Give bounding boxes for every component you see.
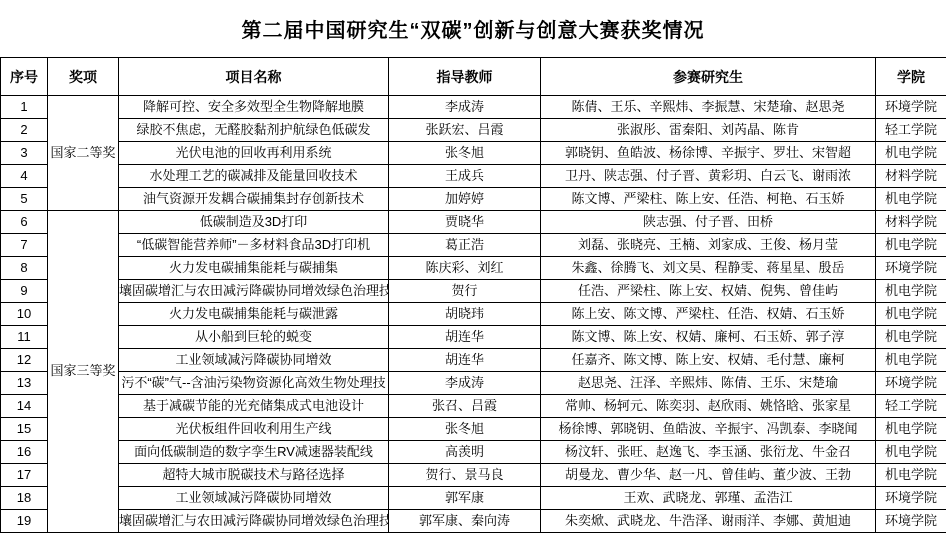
- project-cell: 污不“碳”气--含油污染物资源化高效生物处理技: [119, 372, 389, 395]
- column-header-num: 序号: [1, 58, 48, 96]
- college-cell: 机电学院: [876, 303, 946, 326]
- project-cell: 壤固碳增汇与农田减污降碳协同增效绿色治理技: [119, 510, 389, 533]
- table-row: 11从小船到巨轮的蜕变胡连华陈文博、陈上安、权婧、廉柯、石玉娇、郭子淳机电学院: [1, 326, 946, 349]
- teacher-cell: 陈庆彩、刘红: [389, 257, 541, 280]
- college-cell: 机电学院: [876, 234, 946, 257]
- college-cell: 环境学院: [876, 510, 946, 533]
- awards-table: 序号 奖项 项目名称 指导教师 参赛研究生 学院 1国家二等奖降解可控、安全多效…: [0, 57, 946, 533]
- teacher-cell: 高羡明: [389, 441, 541, 464]
- project-cell: 光伏电池的回收再利用系统: [119, 142, 389, 165]
- college-cell: 机电学院: [876, 349, 946, 372]
- table-row: 13污不“碳”气--含油污染物资源化高效生物处理技李成涛赵思尧、汪泽、辛熙炜、陈…: [1, 372, 946, 395]
- table-row: 16面向低碳制造的数字孪生RV减速器装配线高羡明杨汶轩、张旺、赵逸飞、李玉涵、张…: [1, 441, 946, 464]
- table-row: 9壤固碳增汇与农田减污降碳协同增效绿色治理技贺行任浩、严梁柱、陈上安、权婧、倪隽…: [1, 280, 946, 303]
- serial-cell: 8: [1, 257, 48, 280]
- teacher-cell: 葛正浩: [389, 234, 541, 257]
- table-row: 18工业领域减污降碳协同增效郭军康王欢、武晓龙、郭瑾、孟浩江环境学院: [1, 487, 946, 510]
- teacher-cell: 张召、吕霞: [389, 395, 541, 418]
- students-cell: 杨汶轩、张旺、赵逸飞、李玉涵、张衍龙、牛金召: [541, 441, 876, 464]
- college-cell: 材料学院: [876, 211, 946, 234]
- project-cell: 工业领域减污降碳协同增效: [119, 349, 389, 372]
- serial-cell: 4: [1, 165, 48, 188]
- teacher-cell: 加婷婷: [389, 188, 541, 211]
- students-cell: 任嘉齐、陈文博、陈上安、权婧、毛付慧、廉柯: [541, 349, 876, 372]
- project-cell: 火力发电碳捕集能耗与碳泄露: [119, 303, 389, 326]
- college-cell: 机电学院: [876, 280, 946, 303]
- column-header-college: 学院: [876, 58, 946, 96]
- serial-cell: 3: [1, 142, 48, 165]
- students-cell: 刘磊、张晓亮、王楠、刘家成、王俊、杨月莹: [541, 234, 876, 257]
- serial-cell: 16: [1, 441, 48, 464]
- project-cell: 从小船到巨轮的蜕变: [119, 326, 389, 349]
- table-row: 12工业领域减污降碳协同增效胡连华任嘉齐、陈文博、陈上安、权婧、毛付慧、廉柯机电…: [1, 349, 946, 372]
- table-row: 17超特大城市脱碳技术与路径选择贺行、景马良胡曼龙、曹少华、赵一凡、曾佳屿、董少…: [1, 464, 946, 487]
- college-cell: 环境学院: [876, 96, 946, 119]
- teacher-cell: 贺行、景马良: [389, 464, 541, 487]
- serial-cell: 19: [1, 510, 48, 533]
- project-cell: 工业领域减污降碳协同增效: [119, 487, 389, 510]
- teacher-cell: 张冬旭: [389, 142, 541, 165]
- students-cell: 赵思尧、汪泽、辛熙炜、陈倩、王乐、宋楚瑜: [541, 372, 876, 395]
- teacher-cell: 郭军康、秦向涛: [389, 510, 541, 533]
- serial-cell: 18: [1, 487, 48, 510]
- teacher-cell: 张冬旭: [389, 418, 541, 441]
- serial-cell: 11: [1, 326, 48, 349]
- serial-cell: 6: [1, 211, 48, 234]
- project-cell: 光伏板组件回收利用生产线: [119, 418, 389, 441]
- table-row: 8火力发电碳捕集能耗与碳捕集陈庆彩、刘红朱鑫、徐腾飞、刘文昊、程静雯、蒋星星、殷…: [1, 257, 946, 280]
- students-cell: 胡曼龙、曹少华、赵一凡、曾佳屿、董少波、王勃: [541, 464, 876, 487]
- serial-cell: 15: [1, 418, 48, 441]
- teacher-cell: 贺行: [389, 280, 541, 303]
- college-cell: 机电学院: [876, 142, 946, 165]
- teacher-cell: 贾晓华: [389, 211, 541, 234]
- college-cell: 轻工学院: [876, 395, 946, 418]
- serial-cell: 5: [1, 188, 48, 211]
- project-cell: 降解可控、安全多效型全生物降解地膜: [119, 96, 389, 119]
- students-cell: 陈文博、陈上安、权婧、廉柯、石玉娇、郭子淳: [541, 326, 876, 349]
- column-header-students: 参赛研究生: [541, 58, 876, 96]
- column-header-award: 奖项: [48, 58, 119, 96]
- project-cell: 壤固碳增汇与农田减污降碳协同增效绿色治理技: [119, 280, 389, 303]
- students-cell: 郭晓钥、鱼皓波、杨徐博、辛振宇、罗壮、宋智超: [541, 142, 876, 165]
- teacher-cell: 李成涛: [389, 372, 541, 395]
- teacher-cell: 张跃宏、吕霞: [389, 119, 541, 142]
- teacher-cell: 郭军康: [389, 487, 541, 510]
- project-cell: 火力发电碳捕集能耗与碳捕集: [119, 257, 389, 280]
- college-cell: 机电学院: [876, 464, 946, 487]
- header-row: 序号 奖项 项目名称 指导教师 参赛研究生 学院: [1, 58, 946, 96]
- students-cell: 张淑彤、雷秦阳、刘芮晶、陈肯: [541, 119, 876, 142]
- table-row: 15光伏板组件回收利用生产线张冬旭杨徐博、郭晓钥、鱼皓波、辛振宇、冯凯泰、李晓闻…: [1, 418, 946, 441]
- project-cell: 油气资源开发耦合碳捕集封存创新技术: [119, 188, 389, 211]
- students-cell: 陕志强、付子晋、田桥: [541, 211, 876, 234]
- college-cell: 环境学院: [876, 372, 946, 395]
- college-cell: 材料学院: [876, 165, 946, 188]
- table-row: 5油气资源开发耦合碳捕集封存创新技术加婷婷陈文博、严梁柱、陈上安、任浩、柯艳、石…: [1, 188, 946, 211]
- serial-cell: 14: [1, 395, 48, 418]
- table-row: 6国家三等奖低碳制造及3D打印贾晓华陕志强、付子晋、田桥材料学院: [1, 211, 946, 234]
- award-cell: 国家三等奖: [48, 211, 119, 533]
- project-cell: 超特大城市脱碳技术与路径选择: [119, 464, 389, 487]
- students-cell: 陈上安、陈文博、严梁柱、任浩、权婧、石玉娇: [541, 303, 876, 326]
- teacher-cell: 胡连华: [389, 349, 541, 372]
- table-row: 1国家二等奖降解可控、安全多效型全生物降解地膜李成涛陈倩、王乐、辛熙炜、李振慧、…: [1, 96, 946, 119]
- college-cell: 机电学院: [876, 188, 946, 211]
- students-cell: 王欢、武晓龙、郭瑾、孟浩江: [541, 487, 876, 510]
- table-row: 7“低碳智能营养师”－多材料食品3D打印机葛正浩刘磊、张晓亮、王楠、刘家成、王俊…: [1, 234, 946, 257]
- teacher-cell: 胡连华: [389, 326, 541, 349]
- college-cell: 环境学院: [876, 257, 946, 280]
- table-row: 14基于减碳节能的光充储集成式电池设计张召、吕霞常帅、杨轲元、陈奕羽、赵欣雨、姚…: [1, 395, 946, 418]
- teacher-cell: 李成涛: [389, 96, 541, 119]
- serial-cell: 2: [1, 119, 48, 142]
- serial-cell: 10: [1, 303, 48, 326]
- table-row: 10火力发电碳捕集能耗与碳泄露胡晓玮陈上安、陈文博、严梁柱、任浩、权婧、石玉娇机…: [1, 303, 946, 326]
- project-cell: 基于减碳节能的光充储集成式电池设计: [119, 395, 389, 418]
- table-row: 4水处理工艺的碳减排及能量回收技术王成兵卫丹、陕志强、付子晋、黄彩玥、白云飞、谢…: [1, 165, 946, 188]
- project-cell: 低碳制造及3D打印: [119, 211, 389, 234]
- project-cell: 面向低碳制造的数字孪生RV减速器装配线: [119, 441, 389, 464]
- table-row: 2绿胶不焦虑，无醛胶黏剂护航绿色低碳发张跃宏、吕霞张淑彤、雷秦阳、刘芮晶、陈肯轻…: [1, 119, 946, 142]
- students-cell: 杨徐博、郭晓钥、鱼皓波、辛振宇、冯凯泰、李晓闻: [541, 418, 876, 441]
- project-cell: 绿胶不焦虑，无醛胶黏剂护航绿色低碳发: [119, 119, 389, 142]
- students-cell: 陈文博、严梁柱、陈上安、任浩、柯艳、石玉娇: [541, 188, 876, 211]
- serial-cell: 9: [1, 280, 48, 303]
- serial-cell: 13: [1, 372, 48, 395]
- students-cell: 任浩、严梁柱、陈上安、权婧、倪隽、曾佳屿: [541, 280, 876, 303]
- award-cell: 国家二等奖: [48, 96, 119, 211]
- column-header-teacher: 指导教师: [389, 58, 541, 96]
- project-cell: 水处理工艺的碳减排及能量回收技术: [119, 165, 389, 188]
- students-cell: 卫丹、陕志强、付子晋、黄彩玥、白云飞、谢雨浓: [541, 165, 876, 188]
- project-cell: “低碳智能营养师”－多材料食品3D打印机: [119, 234, 389, 257]
- serial-cell: 12: [1, 349, 48, 372]
- students-cell: 朱鑫、徐腾飞、刘文昊、程静雯、蒋星星、殷岳: [541, 257, 876, 280]
- students-cell: 朱奕焮、武晓龙、牛浩泽、谢雨洋、李娜、黄旭迪: [541, 510, 876, 533]
- college-cell: 机电学院: [876, 441, 946, 464]
- serial-cell: 7: [1, 234, 48, 257]
- college-cell: 机电学院: [876, 326, 946, 349]
- page-title: 第二届中国研究生“双碳”创新与创意大赛获奖情况: [242, 14, 705, 43]
- students-cell: 常帅、杨轲元、陈奕羽、赵欣雨、姚恪晗、张家星: [541, 395, 876, 418]
- teacher-cell: 胡晓玮: [389, 303, 541, 326]
- title-bar: 第二届中国研究生“双碳”创新与创意大赛获奖情况: [0, 0, 946, 57]
- teacher-cell: 王成兵: [389, 165, 541, 188]
- college-cell: 轻工学院: [876, 119, 946, 142]
- table-row: 3光伏电池的回收再利用系统张冬旭郭晓钥、鱼皓波、杨徐博、辛振宇、罗壮、宋智超机电…: [1, 142, 946, 165]
- college-cell: 机电学院: [876, 418, 946, 441]
- column-header-project: 项目名称: [119, 58, 389, 96]
- students-cell: 陈倩、王乐、辛熙炜、李振慧、宋楚瑜、赵思尧: [541, 96, 876, 119]
- page: 第二届中国研究生“双碳”创新与创意大赛获奖情况 序号 奖项 项目名称 指导教师 …: [0, 0, 946, 548]
- college-cell: 环境学院: [876, 487, 946, 510]
- table-row: 19壤固碳增汇与农田减污降碳协同增效绿色治理技郭军康、秦向涛朱奕焮、武晓龙、牛浩…: [1, 510, 946, 533]
- serial-cell: 17: [1, 464, 48, 487]
- serial-cell: 1: [1, 96, 48, 119]
